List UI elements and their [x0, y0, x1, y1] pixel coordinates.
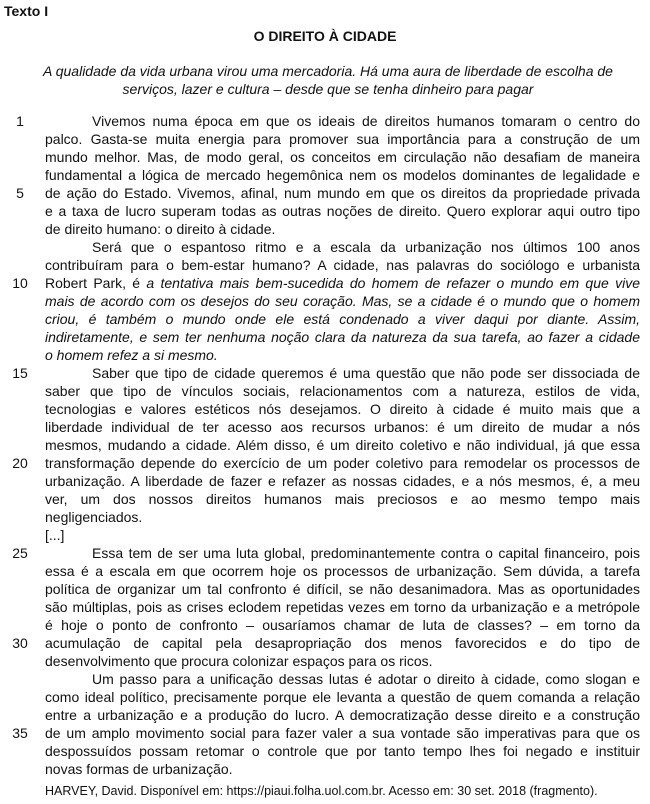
- text-line: liberdade individual de ter acesso aos r…: [0, 418, 650, 436]
- text-line: negligenciados.: [0, 508, 650, 526]
- text-line: urbanização. A liberdade de fazer e refa…: [0, 472, 650, 490]
- line-text: [...]: [45, 526, 640, 544]
- document-title: O DIREITO À CIDADE: [0, 28, 650, 44]
- line-text: negligenciados.: [45, 508, 640, 526]
- line-text: mais de acordo com os desejos do seu cor…: [45, 292, 640, 310]
- line-text: entre a urbanização e a produção do lucr…: [45, 706, 640, 724]
- line-text: mundo melhor. Mas, de modo geral, os con…: [45, 148, 640, 166]
- document-subtitle: A qualidade da vida urbana virou uma mer…: [38, 62, 618, 98]
- text-line: 1Vivemos numa época em que os ideais de …: [0, 112, 650, 130]
- text-line: entre a urbanização e a produção do lucr…: [0, 706, 650, 724]
- text-line: fundamental a lógica de mercado hegemôni…: [0, 166, 650, 184]
- line-text: mesmos, mudando a cidade. Além disso, é …: [45, 436, 640, 454]
- line-number: 25: [8, 544, 32, 562]
- line-text: Vivemos numa época em que os ideais de d…: [92, 112, 640, 130]
- text-line: mundo melhor. Mas, de modo geral, os con…: [0, 148, 650, 166]
- text-line: Um passo para a unificação dessas lutas …: [0, 670, 650, 688]
- text-line: tecnologias e valores estéticos nós dese…: [0, 400, 650, 418]
- line-text: Robert Park, é a tentativa mais bem-suce…: [45, 274, 640, 292]
- text-line: e a taxa de lucro superam todas as outra…: [0, 202, 650, 220]
- line-text: essa é a escala em que ocorrem hoje os p…: [45, 562, 640, 580]
- line-text: Saber que tipo de cidade queremos é uma …: [92, 364, 640, 382]
- line-number: 15: [8, 364, 32, 382]
- line-text: é hoje o ponto de confronto – ousaríamos…: [45, 616, 640, 634]
- text-line: 35de um amplo movimento social para faze…: [0, 724, 650, 742]
- line-text: Um passo para a unificação dessas lutas …: [92, 670, 640, 688]
- line-text: de direito humano: o direito à cidade.: [45, 220, 640, 238]
- line-text: de um amplo movimento social para fazer …: [45, 724, 640, 742]
- text-line: são múltiplas, pois as crises eclodem re…: [0, 598, 650, 616]
- line-text: Será que o espantoso ritmo e a escala da…: [92, 238, 640, 256]
- line-text: Essa tem de ser uma luta global, predomi…: [92, 544, 640, 562]
- line-text: acumulação de capital pela desapropriaçã…: [45, 634, 640, 652]
- line-number: 30: [8, 634, 32, 652]
- line-text: indiretamente, e sem ter nenhuma noção c…: [45, 328, 640, 346]
- line-text: ver, um dos nossos direitos humanos mais…: [45, 490, 640, 508]
- document-body: 1Vivemos numa época em que os ideais de …: [0, 112, 650, 778]
- line-text: palco. Gasta-se muita energia para promo…: [45, 130, 640, 148]
- line-text: são múltiplas, pois as crises eclodem re…: [45, 598, 640, 616]
- line-text: liberdade individual de ter acesso aos r…: [45, 418, 640, 436]
- text-line: 20transformação depende do exercício de …: [0, 454, 650, 472]
- text-line: Será que o espantoso ritmo e a escala da…: [0, 238, 650, 256]
- text-line: novas formas de urbanização.: [0, 760, 650, 778]
- line-number: 10: [8, 274, 32, 292]
- line-text: fundamental a lógica de mercado hegemôni…: [45, 166, 640, 184]
- line-number: 20: [8, 454, 32, 472]
- text-line: saber que tipo de vínculos sociais, rela…: [0, 382, 650, 400]
- text-line: ver, um dos nossos direitos humanos mais…: [0, 490, 650, 508]
- text-line: 10Robert Park, é a tentativa mais bem-su…: [0, 274, 650, 292]
- text-line: [...]: [0, 526, 650, 544]
- line-text: como ideal político, precisamente porque…: [45, 688, 640, 706]
- line-number: 35: [8, 724, 32, 742]
- text-line: de direito humano: o direito à cidade.: [0, 220, 650, 238]
- line-text: o homem refez a si mesmo.: [45, 346, 640, 364]
- text-line: palco. Gasta-se muita energia para promo…: [0, 130, 650, 148]
- line-text: saber que tipo de vínculos sociais, rela…: [45, 382, 640, 400]
- source-citation: HARVEY, David. Disponível em: https://pi…: [45, 784, 598, 798]
- text-line: 5de ação do Estado. Vivemos, afinal, num…: [0, 184, 650, 202]
- line-text: criou, é também o mundo onde ele está co…: [45, 310, 640, 328]
- line-number: 5: [8, 184, 32, 202]
- line-text: novas formas de urbanização.: [45, 760, 640, 778]
- line-text: transformação depende do exercício de um…: [45, 454, 640, 472]
- text-line: despossuídos possam retomar o controle q…: [0, 742, 650, 760]
- line-text: tecnologias e valores estéticos nós dese…: [45, 400, 640, 418]
- text-line: o homem refez a si mesmo.: [0, 346, 650, 364]
- text-line: como ideal político, precisamente porque…: [0, 688, 650, 706]
- line-text: de ação do Estado. Vivemos, afinal, num …: [45, 184, 640, 202]
- line-text: urbanização. A liberdade de fazer e refa…: [45, 472, 640, 490]
- line-text: e a taxa de lucro superam todas as outra…: [45, 202, 640, 220]
- line-text: desenvolvimento que procura colonizar es…: [45, 652, 640, 670]
- text-line: 25Essa tem de ser uma luta global, predo…: [0, 544, 650, 562]
- text-line: mesmos, mudando a cidade. Além disso, é …: [0, 436, 650, 454]
- text-line: 30acumulação de capital pela desapropria…: [0, 634, 650, 652]
- text-line: criou, é também o mundo onde ele está co…: [0, 310, 650, 328]
- line-text: contribuíram para o bem-estar humano? A …: [45, 256, 640, 274]
- text-line: contribuíram para o bem-estar humano? A …: [0, 256, 650, 274]
- text-line: 15Saber que tipo de cidade queremos é um…: [0, 364, 650, 382]
- text-line: é hoje o ponto de confronto – ousaríamos…: [0, 616, 650, 634]
- text-line: essa é a escala em que ocorrem hoje os p…: [0, 562, 650, 580]
- text-line: indiretamente, e sem ter nenhuma noção c…: [0, 328, 650, 346]
- text-line: mais de acordo com os desejos do seu cor…: [0, 292, 650, 310]
- text-line: desenvolvimento que procura colonizar es…: [0, 652, 650, 670]
- text-line: política de organizar um tal confronto é…: [0, 580, 650, 598]
- line-number: 1: [8, 112, 32, 130]
- text-label: Texto I: [4, 3, 48, 19]
- line-text: despossuídos possam retomar o controle q…: [45, 742, 640, 760]
- line-text: política de organizar um tal confronto é…: [45, 580, 640, 598]
